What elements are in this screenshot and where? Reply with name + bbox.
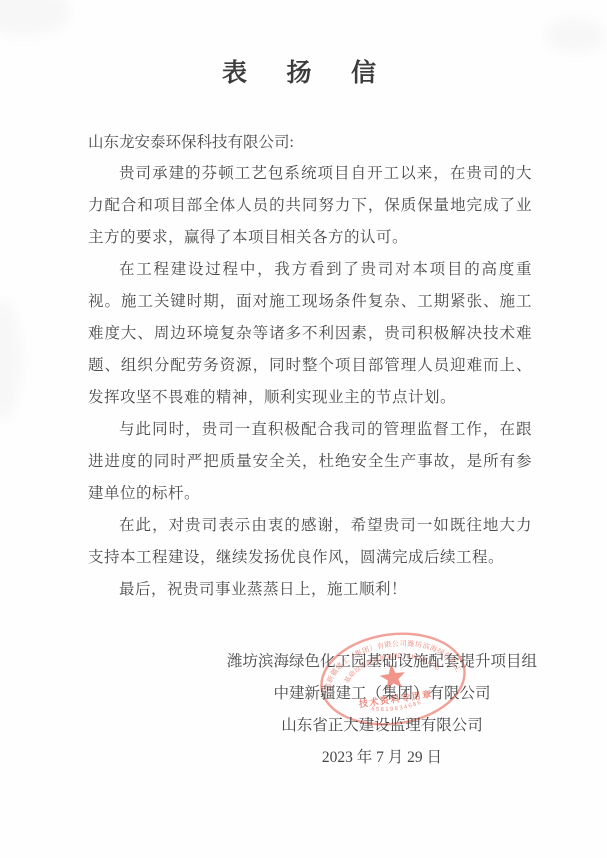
paragraph-5: 最后，祝贵司事业蒸蒸日上，施工顺利！ xyxy=(88,574,532,606)
scan-artifact xyxy=(545,18,605,52)
paragraph-1: 贵司承建的芬顿工艺包系统项目自开工以来，在贵司的大力配合和项目部全体人员的共同努… xyxy=(88,158,532,254)
paragraph-2: 在工程建设过程中，我方看到了贵司对本项目的高度重视。施工关键时期，面对施工现场条… xyxy=(88,254,532,414)
letter-title: 表 扬 信 xyxy=(0,56,607,92)
signature-block: 潍坊滨海绿色化工园基础设施配套提升项目组 中建新疆建工（集团）有限公司 山东省正… xyxy=(215,646,549,774)
recipient-salutation: 山东龙安泰环保科技有限公司: xyxy=(88,128,530,158)
signature-date: 2023 年 7 月 29 日 xyxy=(215,742,549,774)
signature-line-supervisor: 山东省正大建设监理有限公司 xyxy=(215,710,549,742)
signature-line-project-group: 潍坊滨海绿色化工园基础设施配套提升项目组 xyxy=(215,646,549,678)
scan-artifact xyxy=(0,300,22,420)
paragraph-4: 在此，对贵司表示由衷的感谢，希望贵司一如既往地大力支持本工程建设，继续发扬优良作… xyxy=(88,510,532,574)
paragraph-3: 与此同时，贵司一直积极配合我司的管理监督工作，在跟进进度的同时严把质量安全关，杜… xyxy=(88,414,532,510)
letter-body: 贵司承建的芬顿工艺包系统项目自开工以来，在贵司的大力配合和项目部全体人员的共同努… xyxy=(88,158,532,606)
scan-artifact xyxy=(0,0,70,36)
signature-line-contractor: 中建新疆建工（集团）有限公司 xyxy=(215,678,549,710)
letter-page: 表 扬 信 山东龙安泰环保科技有限公司: 贵司承建的芬顿工艺包系统项目自开工以来… xyxy=(0,0,607,858)
